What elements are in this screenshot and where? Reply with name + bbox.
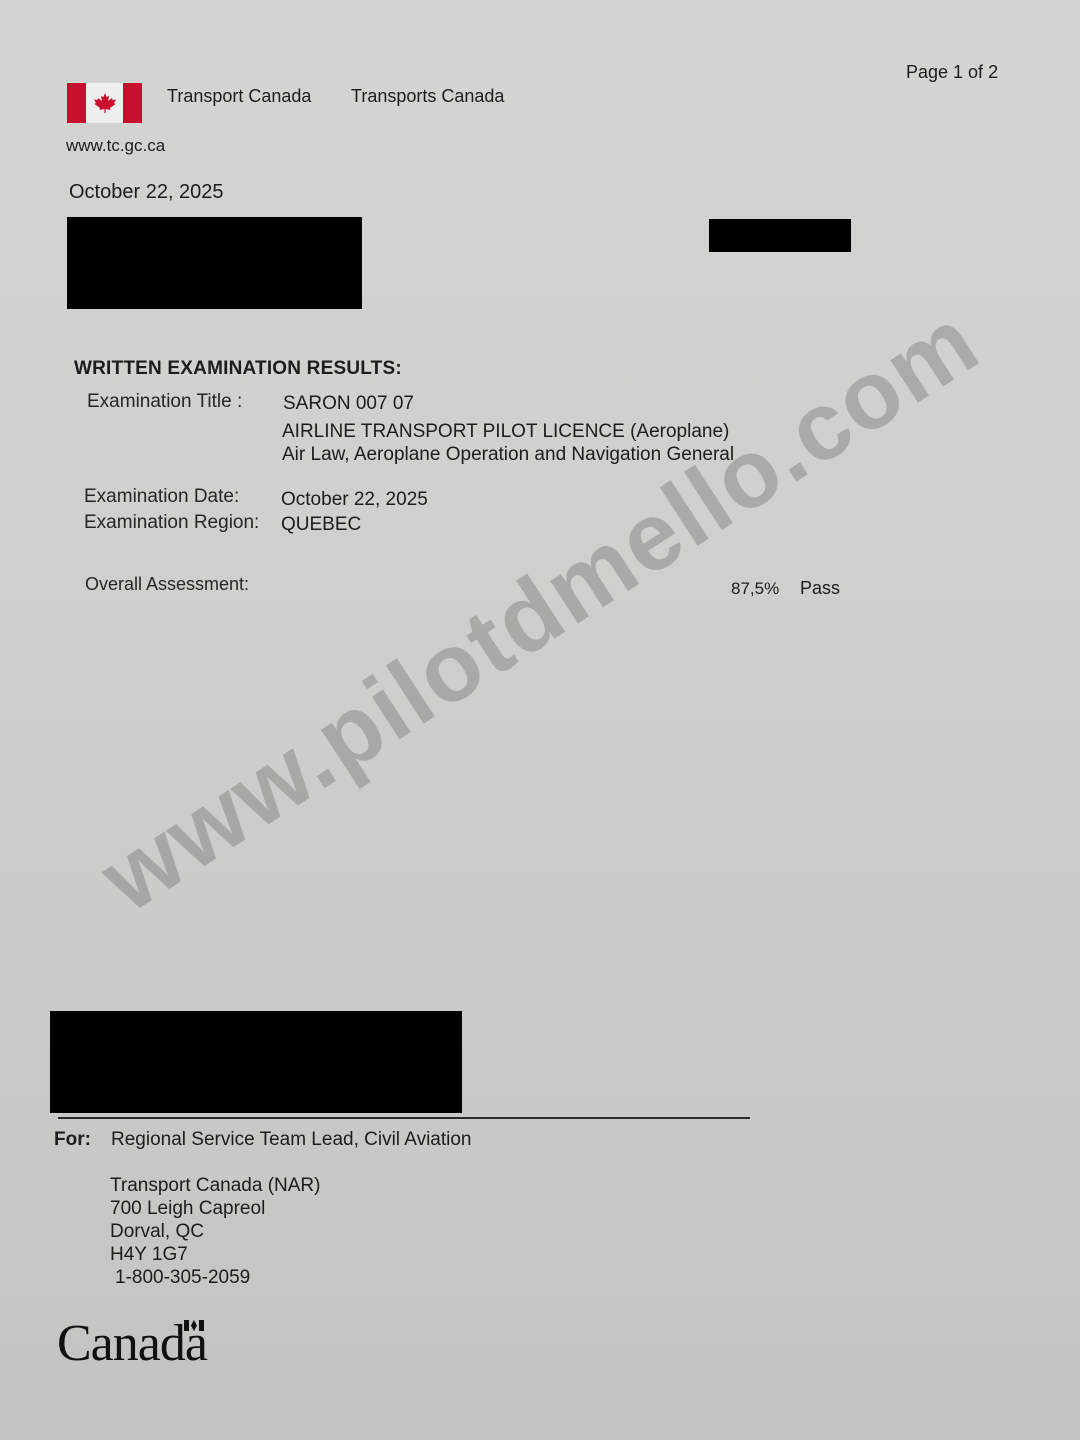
address-line-city: Dorval, QC — [110, 1220, 320, 1243]
maple-leaf-icon — [93, 92, 117, 114]
wordmark-flag-icon — [184, 1320, 206, 1331]
watermark: www.pilotdmello.com — [82, 286, 998, 934]
address-line-street: 700 Leigh Capreol — [110, 1197, 320, 1220]
exam-title-code: SARON 007 07 — [283, 393, 414, 415]
brand-name-english: Transport Canada — [167, 86, 311, 107]
exam-title-subject: Air Law, Aeroplane Operation and Navigat… — [282, 444, 734, 466]
score-value: 87,5% — [731, 579, 779, 599]
exam-title-licence: AIRLINE TRANSPORT PILOT LICENCE (Aeropla… — [282, 421, 729, 443]
letter-date: October 22, 2025 — [69, 181, 224, 204]
exam-region-label: Examination Region: — [84, 512, 259, 534]
signatory-title: Regional Service Team Lead, Civil Aviati… — [111, 1129, 472, 1151]
for-label: For: — [54, 1129, 91, 1151]
result-status: Pass — [800, 578, 840, 599]
exam-region-value: QUEBEC — [281, 514, 361, 536]
office-address: Transport Canada (NAR) 700 Leigh Capreol… — [110, 1174, 320, 1289]
canada-wordmark: Canada — [57, 1314, 207, 1373]
canada-flag-icon — [67, 83, 142, 123]
exam-date-value: October 22, 2025 — [281, 489, 428, 511]
page-indicator: Page 1 of 2 — [906, 62, 998, 83]
results-heading: WRITTEN EXAMINATION RESULTS: — [74, 358, 402, 380]
brand-name-french: Transports Canada — [351, 86, 504, 107]
redacted-reference-block — [709, 219, 851, 252]
exam-title-label: Examination Title : — [87, 391, 242, 413]
redacted-recipient-block — [67, 217, 362, 309]
redacted-signature-block — [50, 1011, 462, 1113]
signature-line — [58, 1117, 750, 1119]
address-line-phone: 1-800-305-2059 — [110, 1266, 320, 1289]
overall-assessment-label: Overall Assessment: — [85, 574, 249, 595]
website-url: www.tc.gc.ca — [66, 136, 165, 156]
exam-date-label: Examination Date: — [84, 486, 239, 508]
address-line-org: Transport Canada (NAR) — [110, 1174, 320, 1197]
address-line-postal: H4Y 1G7 — [110, 1243, 320, 1266]
